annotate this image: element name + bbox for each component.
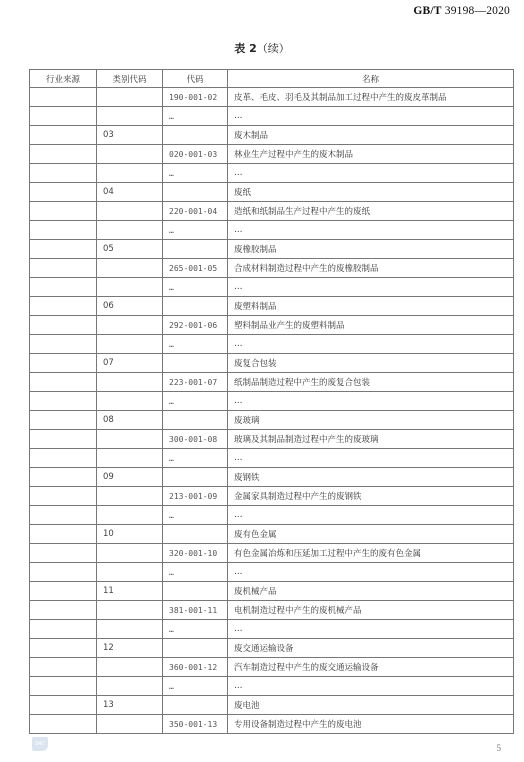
- category-code-cell: [97, 506, 163, 525]
- category-code-cell: 12: [97, 639, 163, 658]
- code-cell: …: [163, 506, 228, 525]
- category-code-cell: [97, 278, 163, 297]
- name-cell: …: [228, 107, 514, 126]
- table-row: 08废玻璃: [30, 411, 514, 430]
- table-row: 223-001-07纸制品制造过程中产生的废复合包装: [30, 373, 514, 392]
- table-row: 12废交通运输设备: [30, 639, 514, 658]
- table-row: 265-001-05合成材料制造过程中产生的废橡胶制品: [30, 259, 514, 278]
- standard-prefix: GB/T: [413, 5, 441, 17]
- source-cell: [30, 259, 97, 278]
- column-header-code: 代码: [163, 70, 228, 88]
- code-cell: [163, 183, 228, 202]
- code-cell: [163, 240, 228, 259]
- table-row: 03废木制品: [30, 126, 514, 145]
- table-row: 220-001-04造纸和纸制品生产过程中产生的废纸: [30, 202, 514, 221]
- source-cell: [30, 563, 97, 582]
- table-row: ……: [30, 278, 514, 297]
- name-cell: 废塑料制品: [228, 297, 514, 316]
- table-row: 05废橡胶制品: [30, 240, 514, 259]
- source-cell: [30, 392, 97, 411]
- name-cell: 纸制品制造过程中产生的废复合包装: [228, 373, 514, 392]
- category-code-cell: [97, 335, 163, 354]
- table-row: 04废纸: [30, 183, 514, 202]
- source-cell: [30, 582, 97, 601]
- category-code-cell: [97, 392, 163, 411]
- table-row: 292-001-06塑料制品业产生的废塑料制品: [30, 316, 514, 335]
- standard-code: GB/T 39198—2020: [413, 5, 510, 17]
- source-cell: [30, 107, 97, 126]
- code-cell: 220-001-04: [163, 202, 228, 221]
- source-cell: [30, 658, 97, 677]
- table-row: 09废钢铁: [30, 468, 514, 487]
- source-cell: [30, 430, 97, 449]
- code-cell: [163, 126, 228, 145]
- table-row: 13废电池: [30, 696, 514, 715]
- name-cell: 废有色金属: [228, 525, 514, 544]
- category-code-cell: 08: [97, 411, 163, 430]
- name-cell: 造纸和纸制品生产过程中产生的废纸: [228, 202, 514, 221]
- name-cell: …: [228, 449, 514, 468]
- source-cell: [30, 620, 97, 639]
- table-row: ……: [30, 221, 514, 240]
- code-cell: 190-001-02: [163, 88, 228, 107]
- table-row: 190-001-02皮革、毛皮、羽毛及其制品加工过程中产生的废皮革制品: [30, 88, 514, 107]
- category-code-cell: 10: [97, 525, 163, 544]
- name-cell: 皮革、毛皮、羽毛及其制品加工过程中产生的废皮革制品: [228, 88, 514, 107]
- name-cell: …: [228, 335, 514, 354]
- category-code-cell: [97, 202, 163, 221]
- name-cell: 汽车制造过程中产生的废交通运输设备: [228, 658, 514, 677]
- name-cell: 有色金属冶炼和压延加工过程中产生的废有色金属: [228, 544, 514, 563]
- table-row: ……: [30, 392, 514, 411]
- source-cell: [30, 278, 97, 297]
- name-cell: …: [228, 164, 514, 183]
- category-code-cell: 03: [97, 126, 163, 145]
- source-cell: [30, 316, 97, 335]
- category-code-cell: [97, 164, 163, 183]
- category-code-cell: 05: [97, 240, 163, 259]
- code-cell: [163, 525, 228, 544]
- source-cell: [30, 506, 97, 525]
- category-code-cell: [97, 487, 163, 506]
- category-code-cell: 07: [97, 354, 163, 373]
- source-cell: [30, 126, 97, 145]
- code-cell: 350-001-13: [163, 715, 228, 734]
- category-code-cell: 11: [97, 582, 163, 601]
- category-code-cell: [97, 221, 163, 240]
- code-cell: [163, 582, 228, 601]
- table-row: 10废有色金属: [30, 525, 514, 544]
- code-cell: …: [163, 278, 228, 297]
- column-header-source: 行业来源: [30, 70, 97, 88]
- name-cell: …: [228, 221, 514, 240]
- code-cell: …: [163, 392, 228, 411]
- code-cell: …: [163, 563, 228, 582]
- source-cell: [30, 468, 97, 487]
- category-code-cell: [97, 145, 163, 164]
- category-code-cell: [97, 563, 163, 582]
- name-cell: 专用设备制造过程中产生的废电池: [228, 715, 514, 734]
- category-code-cell: [97, 715, 163, 734]
- source-cell: [30, 696, 97, 715]
- code-cell: …: [163, 449, 228, 468]
- code-cell: 360-001-12: [163, 658, 228, 677]
- source-cell: [30, 183, 97, 202]
- source-cell: [30, 715, 97, 734]
- category-code-cell: [97, 259, 163, 278]
- name-cell: 塑料制品业产生的废塑料制品: [228, 316, 514, 335]
- page-number: 5: [497, 743, 502, 753]
- category-code-cell: [97, 107, 163, 126]
- code-cell: 300-001-08: [163, 430, 228, 449]
- source-cell: [30, 88, 97, 107]
- source-cell: [30, 202, 97, 221]
- table-row: ……: [30, 563, 514, 582]
- source-cell: [30, 487, 97, 506]
- name-cell: 废钢铁: [228, 468, 514, 487]
- code-cell: …: [163, 164, 228, 183]
- code-cell: 320-001-10: [163, 544, 228, 563]
- name-cell: 废玻璃: [228, 411, 514, 430]
- category-code-cell: 13: [97, 696, 163, 715]
- source-cell: [30, 677, 97, 696]
- table-row: 381-001-11电机制造过程中产生的废机械产品: [30, 601, 514, 620]
- category-code-cell: [97, 449, 163, 468]
- table-row: 020-001-03林业生产过程中产生的废木制品: [30, 145, 514, 164]
- name-cell: 林业生产过程中产生的废木制品: [228, 145, 514, 164]
- code-cell: 381-001-11: [163, 601, 228, 620]
- table-row: ……: [30, 620, 514, 639]
- table-body: 190-001-02皮革、毛皮、羽毛及其制品加工过程中产生的废皮革制品……03废…: [30, 88, 514, 734]
- name-cell: 废交通运输设备: [228, 639, 514, 658]
- name-cell: …: [228, 392, 514, 411]
- name-cell: …: [228, 677, 514, 696]
- name-cell: 电机制造过程中产生的废机械产品: [228, 601, 514, 620]
- code-cell: [163, 354, 228, 373]
- sac-logo: SAC: [32, 737, 48, 751]
- table-row: 213-001-09金属家具制造过程中产生的废钢铁: [30, 487, 514, 506]
- name-cell: …: [228, 620, 514, 639]
- code-cell: [163, 696, 228, 715]
- code-cell: [163, 639, 228, 658]
- name-cell: 废木制品: [228, 126, 514, 145]
- table-row: ……: [30, 506, 514, 525]
- column-header-category-code: 类别代码: [97, 70, 163, 88]
- source-cell: [30, 221, 97, 240]
- waste-classification-table: 行业来源 类别代码 代码 名称 190-001-02皮革、毛皮、羽毛及其制品加工…: [29, 69, 514, 734]
- category-code-cell: [97, 620, 163, 639]
- source-cell: [30, 544, 97, 563]
- source-cell: [30, 639, 97, 658]
- source-cell: [30, 297, 97, 316]
- table-row: ……: [30, 335, 514, 354]
- table-title-label: 表 2: [234, 42, 256, 55]
- table-row: ……: [30, 164, 514, 183]
- name-cell: …: [228, 278, 514, 297]
- source-cell: [30, 525, 97, 544]
- name-cell: 废复合包装: [228, 354, 514, 373]
- standard-number: 39198—2020: [445, 5, 510, 17]
- source-cell: [30, 373, 97, 392]
- category-code-cell: [97, 430, 163, 449]
- table-row: ……: [30, 677, 514, 696]
- code-cell: …: [163, 335, 228, 354]
- code-cell: 265-001-05: [163, 259, 228, 278]
- table-row: 11废机械产品: [30, 582, 514, 601]
- category-code-cell: [97, 544, 163, 563]
- category-code-cell: [97, 373, 163, 392]
- code-cell: [163, 411, 228, 430]
- category-code-cell: 09: [97, 468, 163, 487]
- code-cell: 292-001-06: [163, 316, 228, 335]
- code-cell: [163, 468, 228, 487]
- category-code-cell: [97, 316, 163, 335]
- category-code-cell: [97, 88, 163, 107]
- table-row: ……: [30, 449, 514, 468]
- category-code-cell: [97, 658, 163, 677]
- table-row: 06废塑料制品: [30, 297, 514, 316]
- table-row: 320-001-10有色金属冶炼和压延加工过程中产生的废有色金属: [30, 544, 514, 563]
- category-code-cell: [97, 677, 163, 696]
- column-header-name: 名称: [228, 70, 514, 88]
- code-cell: …: [163, 221, 228, 240]
- code-cell: …: [163, 620, 228, 639]
- code-cell: 223-001-07: [163, 373, 228, 392]
- name-cell: …: [228, 563, 514, 582]
- category-code-cell: [97, 601, 163, 620]
- name-cell: 玻璃及其制品制造过程中产生的废玻璃: [228, 430, 514, 449]
- name-cell: 金属家具制造过程中产生的废钢铁: [228, 487, 514, 506]
- code-cell: …: [163, 107, 228, 126]
- name-cell: 废纸: [228, 183, 514, 202]
- source-cell: [30, 240, 97, 259]
- source-cell: [30, 145, 97, 164]
- code-cell: …: [163, 677, 228, 696]
- table-row: 350-001-13专用设备制造过程中产生的废电池: [30, 715, 514, 734]
- source-cell: [30, 164, 97, 183]
- name-cell: 合成材料制造过程中产生的废橡胶制品: [228, 259, 514, 278]
- source-cell: [30, 354, 97, 373]
- table-row: 300-001-08玻璃及其制品制造过程中产生的废玻璃: [30, 430, 514, 449]
- name-cell: 废电池: [228, 696, 514, 715]
- table-title-suffix: （续）: [257, 42, 290, 55]
- name-cell: 废机械产品: [228, 582, 514, 601]
- code-cell: 213-001-09: [163, 487, 228, 506]
- source-cell: [30, 449, 97, 468]
- table-title: 表 2（续）: [0, 40, 524, 56]
- category-code-cell: 04: [97, 183, 163, 202]
- table-row: ……: [30, 107, 514, 126]
- name-cell: 废橡胶制品: [228, 240, 514, 259]
- code-cell: 020-001-03: [163, 145, 228, 164]
- category-code-cell: 06: [97, 297, 163, 316]
- source-cell: [30, 411, 97, 430]
- code-cell: [163, 297, 228, 316]
- table-row: 360-001-12汽车制造过程中产生的废交通运输设备: [30, 658, 514, 677]
- name-cell: …: [228, 506, 514, 525]
- source-cell: [30, 601, 97, 620]
- table-row: 07废复合包装: [30, 354, 514, 373]
- source-cell: [30, 335, 97, 354]
- table-header-row: 行业来源 类别代码 代码 名称: [30, 70, 514, 88]
